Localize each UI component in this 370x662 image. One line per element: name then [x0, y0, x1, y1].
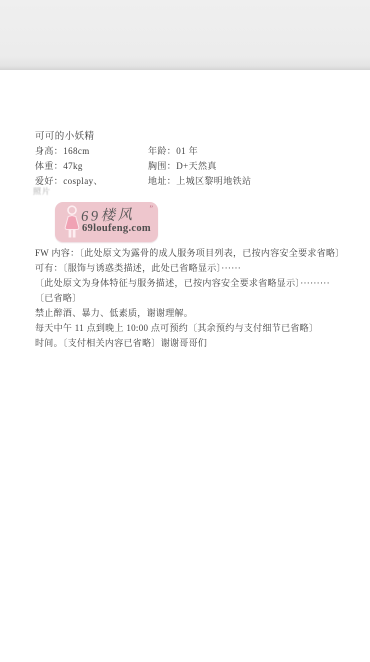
paragraph-line: 每天中午 11 点到晚上 10:00 点可预约〔其余预约与支付细节已省略〕 [35, 321, 349, 336]
paragraph-line: 可有：〔服饰与诱惑类描述，此处已省略显示〕······ [35, 261, 349, 276]
paragraph-line: 〔此处原文为身体特征与服务描述，已按内容安全要求省略显示〕········· [35, 276, 349, 291]
listing-page: 可可的小妖精 身高：168cm 年龄：01 年 体重：47kg 胸围：D+天然真… [0, 70, 370, 662]
bust-label: 胸围： [148, 161, 176, 171]
location-label: 地址： [148, 176, 176, 186]
age-label: 年龄： [148, 146, 176, 156]
paragraph-line: 禁止醉酒、暴力、低素质，谢谢理解。 [35, 306, 349, 321]
height-value: 168cm [63, 146, 90, 156]
hobby-value: cosplay、 [63, 176, 103, 186]
height-label: 身高： [35, 146, 63, 156]
location-field: 地址：上城区黎明地铁站 [148, 174, 251, 189]
height-field: 身高：168cm [35, 144, 148, 159]
profile-info-table: 身高：168cm 年龄：01 年 体重：47kg 胸围：D+天然真 爱好：cos… [35, 144, 251, 189]
table-row: 爱好：cosplay、 地址：上城区黎明地铁站 [35, 174, 251, 189]
faint-section-label: 照片 [33, 186, 51, 197]
paragraph-line: FW 内容：〔此处原文为露骨的成人服务项目列表，已按内容安全要求省略〕 [35, 246, 349, 261]
hobby-label: 爱好： [35, 176, 63, 186]
weight-label: 体重： [35, 161, 63, 171]
bust-value: D+天然真 [176, 161, 217, 171]
description-paragraph: FW 内容：〔此处原文为露骨的成人服务项目列表，已按内容安全要求省略〕 可有：〔… [35, 246, 349, 351]
site-watermark-badge: 69楼风 ” 69loufeng.com [55, 202, 158, 242]
hobby-field: 爱好：cosplay、 [35, 174, 148, 189]
age-field: 年龄：01 年 [148, 144, 198, 159]
watermark-corner-mark: ” [149, 204, 153, 213]
weight-field: 体重：47kg [35, 159, 148, 174]
page-title: 可可的小妖精 [35, 128, 94, 142]
paragraph-line: 时间。〔支付相关内容已省略〕谢谢哥哥们 [35, 336, 349, 351]
table-row: 身高：168cm 年龄：01 年 [35, 144, 251, 159]
age-value: 01 年 [176, 146, 198, 156]
female-figure-icon [62, 205, 82, 244]
paragraph-line: 〔已省略〕 [35, 291, 349, 306]
top-gray-bar [0, 0, 370, 70]
location-value: 上城区黎明地铁站 [176, 176, 251, 186]
bust-field: 胸围：D+天然真 [148, 159, 217, 174]
table-row: 体重：47kg 胸围：D+天然真 [35, 159, 251, 174]
watermark-domain-text: 69loufeng.com [82, 223, 151, 234]
screenshot-root: 可可的小妖精 身高：168cm 年龄：01 年 体重：47kg 胸围：D+天然真… [0, 0, 370, 662]
weight-value: 47kg [63, 161, 83, 171]
